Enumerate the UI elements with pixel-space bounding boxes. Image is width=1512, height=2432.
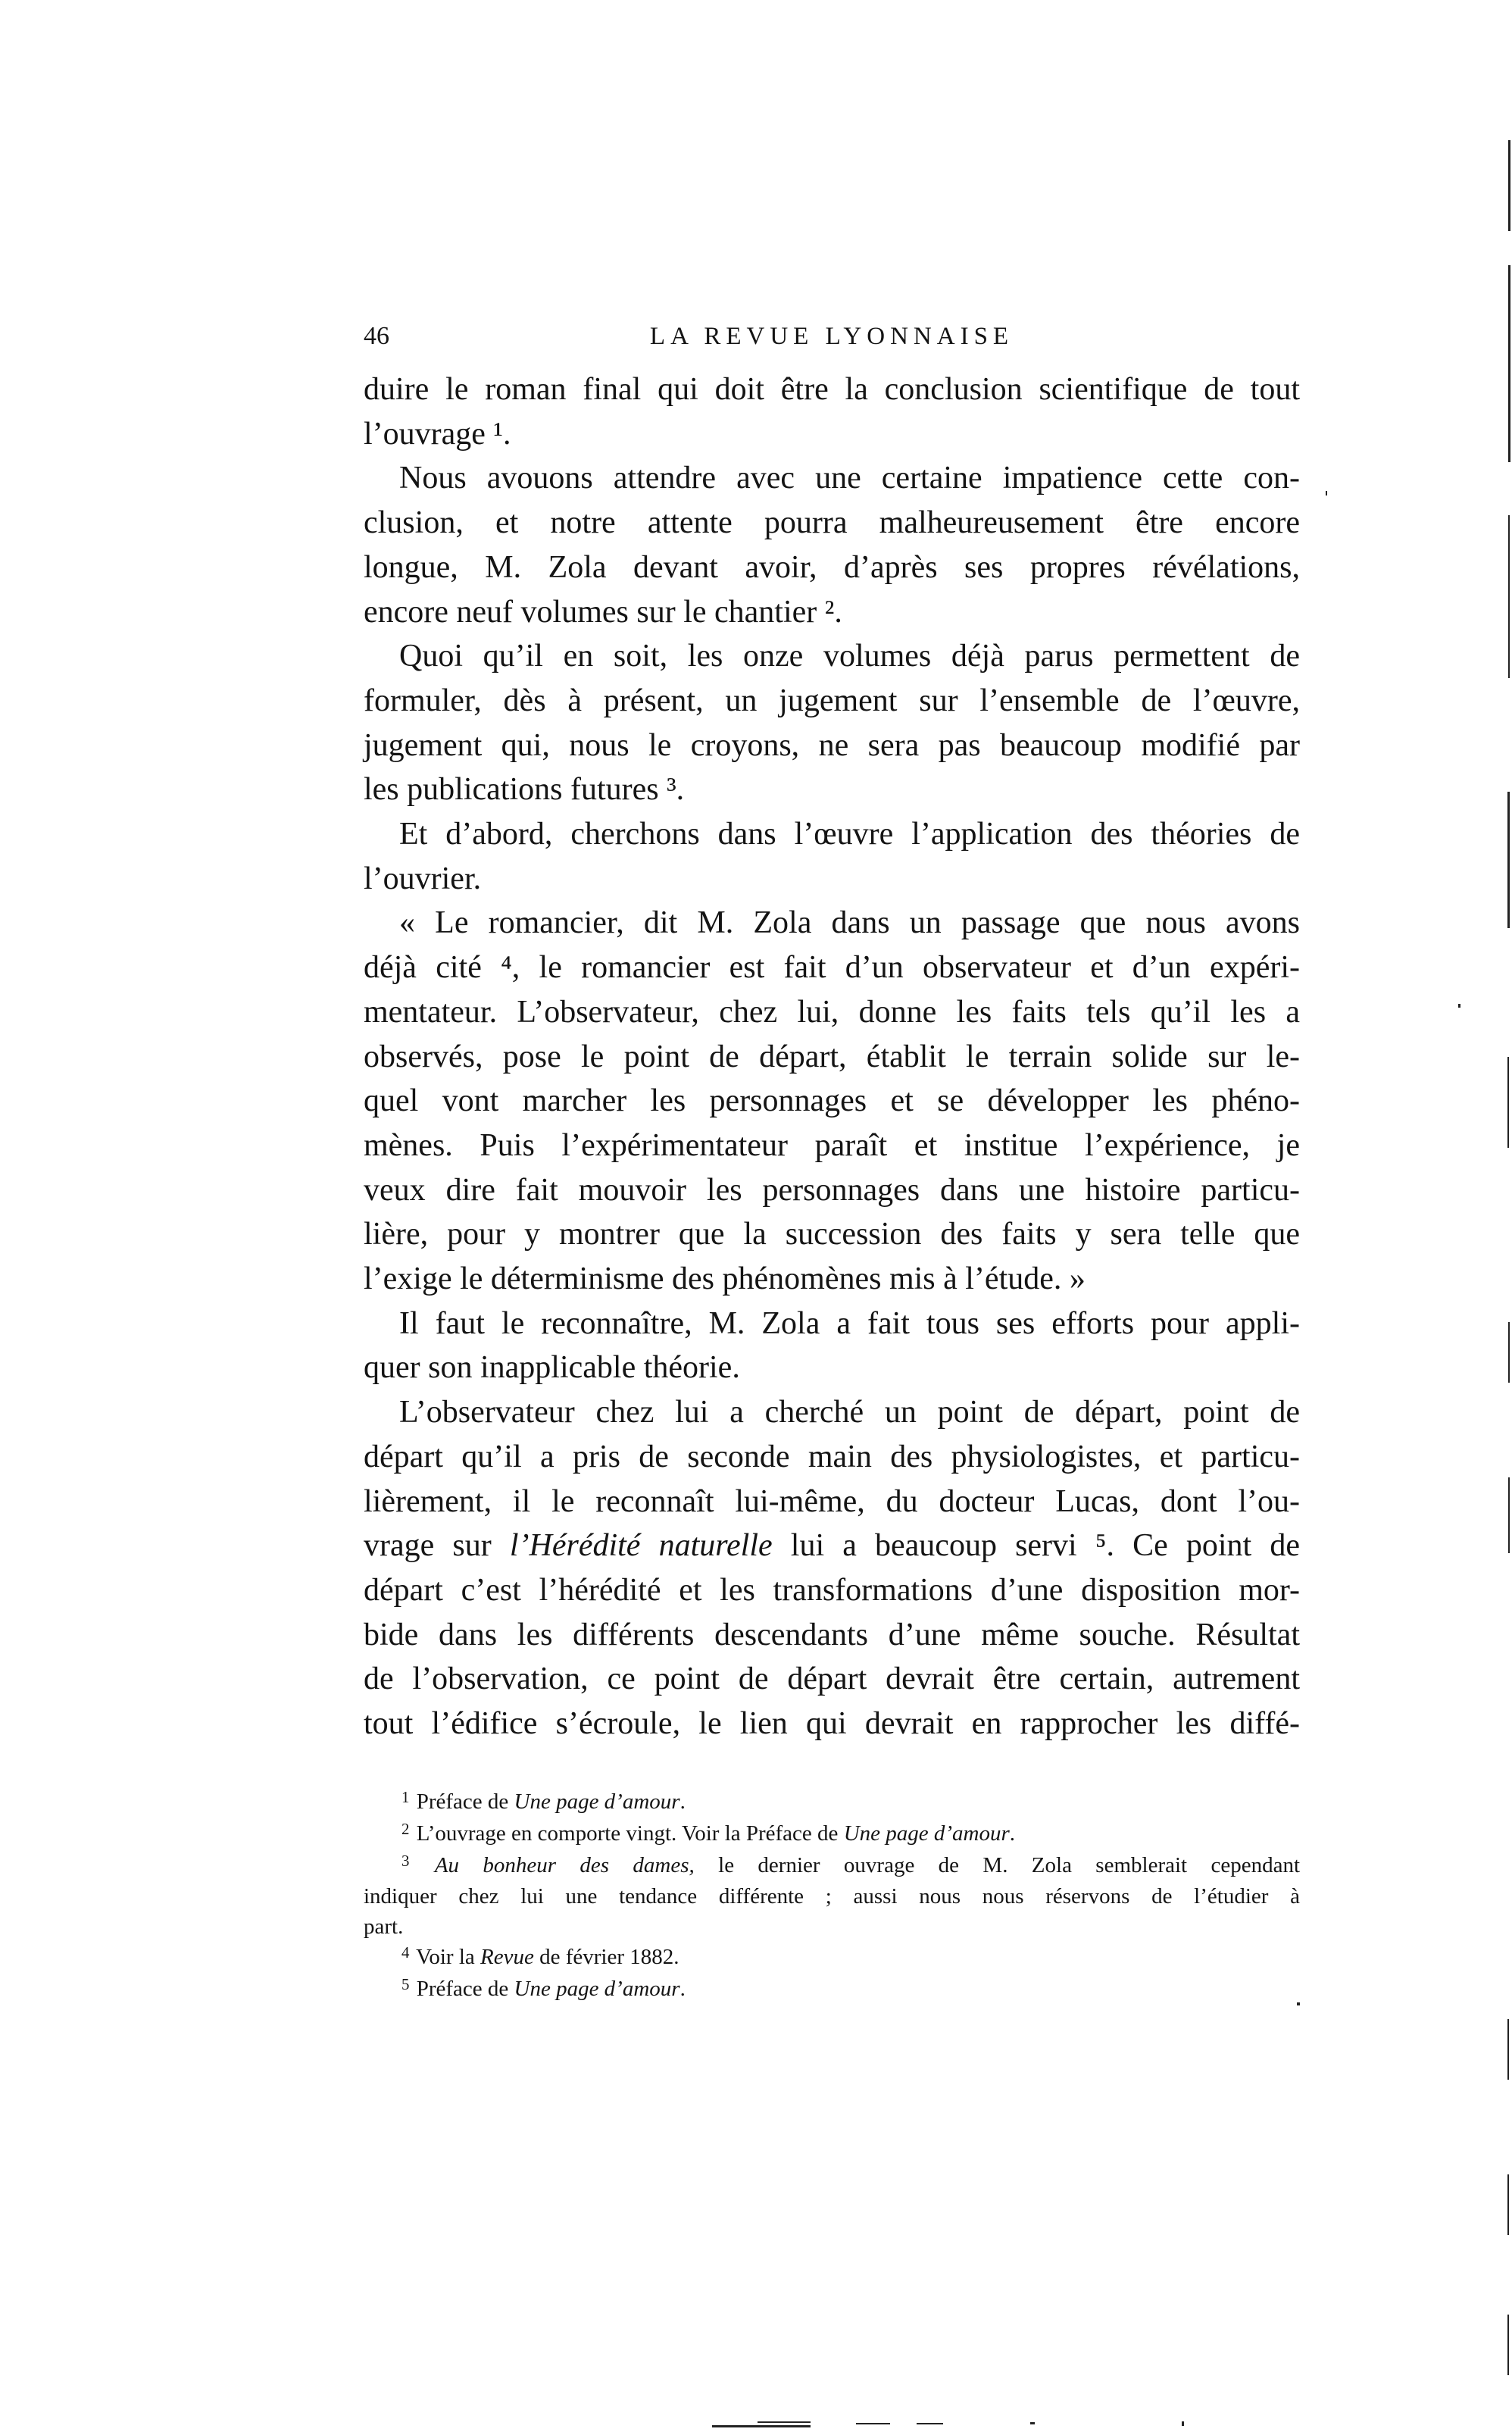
- text-run: observés, pose le point de départ, établ…: [364, 1039, 1300, 1074]
- footnote-number: 5: [401, 1975, 409, 1993]
- text-run: Nous avouons attendre avec une certaine …: [399, 461, 1300, 495]
- text-line: encore neuf volumes sur le chantier ².: [364, 590, 1300, 635]
- text-run: lui a beaucoup servi ⁵. Ce point de: [773, 1528, 1300, 1563]
- text-line: vrage sur l’Hérédité naturelle lui a bea…: [364, 1524, 1300, 1568]
- text-run: l’ouvrier.: [364, 861, 481, 896]
- text-line: longue, M. Zola devant avoir, d’après se…: [364, 545, 1300, 590]
- scanned-book-page: 46 LA REVUE LYONNAISE duire le roman fin…: [0, 0, 1512, 2432]
- footnote-line: indiquer chez lui une tendance différent…: [364, 1882, 1300, 1912]
- text-run: déjà cité ⁴, le romancier est fait d’un …: [364, 950, 1300, 985]
- text-line: quer son inapplicable théorie.: [364, 1346, 1300, 1390]
- text-run: Préface de: [411, 1977, 514, 2001]
- text-run: Quoi qu’il en soit, les onze volumes déj…: [399, 639, 1300, 674]
- text-run: lièrement, il le reconnaît lui-même, du …: [364, 1484, 1300, 1519]
- text-line: clusion, et notre attente pourra malheur…: [364, 501, 1300, 545]
- text-run: tout l’édifice s’écroule, le lien qui de…: [364, 1706, 1300, 1741]
- scan-bottom-mark: [856, 2423, 890, 2424]
- scan-bottom-mark: [758, 2421, 811, 2423]
- footnote-line: 4 Voir la Revue de février 1882.: [364, 1943, 1300, 1974]
- text-line: les publications futures ³.: [364, 767, 1300, 812]
- text-run: longue, M. Zola devant avoir, d’après se…: [364, 550, 1300, 585]
- text-line: départ c’est l’hérédité et les transform…: [364, 1568, 1300, 1613]
- text-run: .: [680, 1790, 686, 1814]
- text-run: .: [1010, 1821, 1015, 1846]
- text-run: départ qu’il a pris de seconde main des …: [364, 1440, 1300, 1474]
- footnote-line: part.: [364, 1912, 1300, 1943]
- text-run: l’ouvrage ¹.: [364, 417, 511, 452]
- text-line: veux dire fait mouvoir les personnages d…: [364, 1168, 1300, 1213]
- text-run: L’observateur chez lui a cherché un poin…: [399, 1395, 1300, 1430]
- text-line: lière, pour y montrer que la succession …: [364, 1212, 1300, 1257]
- footnote-line: 2 L’ouvrage en comporte vingt. Voir la P…: [364, 1819, 1300, 1851]
- scan-edge-mark: [1508, 265, 1510, 462]
- text-line: de l’observation, ce point de départ dev…: [364, 1657, 1300, 1702]
- text-line: L’observateur chez lui a cherché un poin…: [364, 1390, 1300, 1435]
- italic-title: l’Hérédité naturelle: [510, 1528, 773, 1563]
- footnote-number: 2: [401, 1820, 409, 1838]
- text-line: Quoi qu’il en soit, les onze volumes déj…: [364, 634, 1300, 679]
- scan-bottom-mark: [1182, 2421, 1184, 2426]
- text-run: vrage sur: [364, 1528, 510, 1563]
- text-run: indiquer chez lui une tendance différent…: [364, 1884, 1300, 1908]
- italic-title: Une page d’amour: [514, 1790, 680, 1814]
- text-run: .: [680, 1977, 686, 2001]
- footnote-line: 5 Préface de Une page d’amour.: [364, 1974, 1300, 2006]
- text-line: Et d’abord, cherchons dans l’œuvre l’app…: [364, 812, 1300, 857]
- text-run: [411, 1853, 434, 1877]
- scan-bottom-mark: [1030, 2422, 1035, 2424]
- scan-edge-mark: [1507, 2315, 1509, 2375]
- text-run: jugement qui, nous le croyons, ne sera p…: [364, 728, 1300, 763]
- text-line: départ qu’il a pris de seconde main des …: [364, 1435, 1300, 1480]
- text-line: l’ouvrage ¹.: [364, 412, 1300, 457]
- text-line: mènes. Puis l’expérimentateur paraît et …: [364, 1124, 1300, 1168]
- text-line: « Le romancier, dit M. Zola dans un pass…: [364, 901, 1300, 946]
- scan-edge-mark: [1507, 2019, 1509, 2080]
- text-line: observés, pose le point de départ, établ…: [364, 1035, 1300, 1080]
- text-run: de février 1882.: [534, 1945, 679, 1969]
- text-line: déjà cité ⁴, le romancier est fait d’un …: [364, 946, 1300, 990]
- italic-title: Une page d’amour: [514, 1977, 680, 2001]
- text-run: Préface de: [411, 1790, 514, 1814]
- text-run: quel vont marcher les personnages et se …: [364, 1083, 1300, 1118]
- text-run: le dernier ouvrage de M. Zola semblerait…: [695, 1853, 1300, 1877]
- scan-speck: [1458, 1004, 1460, 1008]
- footnotes: 1 Préface de Une page d’amour.2 L’ouvrag…: [364, 1787, 1300, 2006]
- text-run: quer son inapplicable théorie.: [364, 1350, 740, 1385]
- text-line: l’exige le déterminisme des phénomènes m…: [364, 1257, 1300, 1302]
- text-line: formuler, dès à présent, un jugement sur…: [364, 679, 1300, 724]
- body-text: duire le roman final qui doit être la co…: [364, 367, 1300, 1746]
- text-run: départ c’est l’hérédité et les transform…: [364, 1573, 1300, 1608]
- text-run: « Le romancier, dit M. Zola dans un pass…: [399, 905, 1300, 940]
- text-line: duire le roman final qui doit être la co…: [364, 367, 1300, 412]
- scan-bottom-mark: [712, 2425, 811, 2427]
- text-run: Voir la: [411, 1945, 480, 1969]
- text-run: clusion, et notre attente pourra malheur…: [364, 505, 1300, 540]
- scan-bottom-mark: [917, 2423, 943, 2424]
- footnote-number: 4: [401, 1943, 409, 1962]
- text-line: tout l’édifice s’écroule, le lien qui de…: [364, 1702, 1300, 1746]
- footnote-number: 3: [401, 1852, 409, 1870]
- text-line: bide dans les différents descendants d’u…: [364, 1613, 1300, 1658]
- text-line: Il faut le reconnaître, M. Zola a fait t…: [364, 1302, 1300, 1346]
- text-run: lière, pour y montrer que la succession …: [364, 1217, 1300, 1252]
- footnote-line: 1 Préface de Une page d’amour.: [364, 1787, 1300, 1819]
- text-run: les publications futures ³.: [364, 772, 684, 807]
- text-run: formuler, dès à présent, un jugement sur…: [364, 683, 1300, 718]
- text-run: L’ouvrage en comporte vingt. Voir la Pré…: [411, 1821, 843, 1846]
- text-run: duire le roman final qui doit être la co…: [364, 372, 1300, 407]
- scan-speck: [1297, 2002, 1300, 2005]
- scan-edge-mark: [1508, 140, 1510, 231]
- scan-edge-mark: [1508, 1477, 1510, 1553]
- scan-edge-mark: [1507, 2174, 1509, 2235]
- text-run: bide dans les différents descendants d’u…: [364, 1618, 1300, 1652]
- text-run: Et d’abord, cherchons dans l’œuvre l’app…: [399, 817, 1300, 852]
- italic-title: Une page d’amour: [844, 1821, 1010, 1846]
- scan-edge-mark: [1507, 1057, 1509, 1148]
- scan-edge-mark: [1507, 792, 1510, 928]
- text-line: jugement qui, nous le croyons, ne sera p…: [364, 724, 1300, 768]
- running-title: LA REVUE LYONNAISE: [364, 321, 1300, 352]
- italic-title: Revue: [480, 1945, 534, 1969]
- text-run: de l’observation, ce point de départ dev…: [364, 1661, 1300, 1696]
- text-run: veux dire fait mouvoir les personnages d…: [364, 1173, 1300, 1208]
- text-run: mènes. Puis l’expérimentateur paraît et …: [364, 1128, 1300, 1163]
- scan-edge-mark: [1508, 1322, 1510, 1383]
- text-line: quel vont marcher les personnages et se …: [364, 1079, 1300, 1124]
- footnote-number: 1: [401, 1788, 409, 1806]
- running-header: 46 LA REVUE LYONNAISE: [364, 321, 1300, 352]
- text-run: l’exige le déterminisme des phénomènes m…: [364, 1261, 1086, 1296]
- scan-speck: [1326, 491, 1327, 495]
- text-run: mentateur. L’observateur, chez lui, donn…: [364, 995, 1300, 1030]
- scan-edge-mark: [1508, 515, 1510, 678]
- text-line: lièrement, il le reconnaît lui-même, du …: [364, 1480, 1300, 1524]
- text-line: Nous avouons attendre avec une certaine …: [364, 456, 1300, 501]
- text-line: mentateur. L’observateur, chez lui, donn…: [364, 990, 1300, 1035]
- text-run: encore neuf volumes sur le chantier ².: [364, 595, 842, 630]
- footnote-line: 3 Au bonheur des dames, le dernier ouvra…: [364, 1851, 1300, 1883]
- text-run: part.: [364, 1915, 403, 1939]
- text-line: l’ouvrier.: [364, 857, 1300, 902]
- italic-title: Au bonheur des dames,: [435, 1853, 695, 1877]
- text-run: Il faut le reconnaître, M. Zola a fait t…: [399, 1306, 1300, 1341]
